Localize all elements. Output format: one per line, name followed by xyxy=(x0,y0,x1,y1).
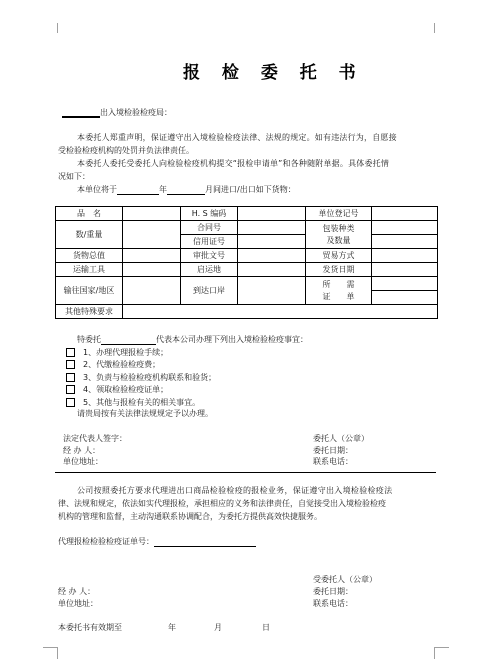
agent-right-block: 委托日期： 联系电话： xyxy=(313,586,353,609)
table-row: 运输工具 启运地 发货日期 xyxy=(56,263,438,277)
margin-mark-top-right xyxy=(434,23,435,33)
goods-table: 品 名 H. S 编码 单位登记号 数/重量 合同号 包装种类及数量 信用证号 … xyxy=(55,206,438,319)
label-packing-type: 包装种类 xyxy=(323,224,355,233)
label-hs-code: H. S 编码 xyxy=(181,207,238,221)
label-transport: 运输工具 xyxy=(56,263,123,277)
section-divider xyxy=(55,472,436,473)
field-unit-reg-no[interactable] xyxy=(372,207,438,221)
goods-month-blank[interactable] xyxy=(167,185,205,195)
label-contract-no: 合同号 xyxy=(181,221,238,235)
checkbox[interactable] xyxy=(66,348,75,357)
label-trade-mode: 贸易方式 xyxy=(306,249,372,263)
field-packing-qty[interactable] xyxy=(372,235,438,249)
label-arrival-port: 到达口岸 xyxy=(181,277,238,305)
checkbox[interactable] xyxy=(66,385,75,394)
task-label: 2、代缴检验检疫费； xyxy=(83,359,160,370)
validity-month-label: 月 xyxy=(214,622,222,633)
validity-prefix: 本委托书有效期至 xyxy=(58,622,122,633)
table-row: 品 名 H. S 编码 单位登记号 xyxy=(56,207,438,221)
table-row: 输往国家/地区 到达口岸 所 需证 单 xyxy=(56,277,438,291)
label-goods-value: 货物总值 xyxy=(56,249,123,263)
label-lc-no: 信用证号 xyxy=(181,235,238,249)
agent-para-line-2: 律、法规和规定，依法如实代理报检，承担相应的义务和法律责任，自觉接受出入境检验检… xyxy=(58,498,386,509)
field-transport[interactable] xyxy=(123,263,181,277)
label-unit-reg-no: 单位登记号 xyxy=(306,207,372,221)
task-label: 5、其他与报检有关的相关事宜。 xyxy=(83,397,200,408)
field-special-requirements[interactable] xyxy=(123,305,438,319)
table-row: 货物总值 审批文号 贸易方式 xyxy=(56,249,438,263)
label-origin-place: 启运地 xyxy=(181,263,238,277)
agent-cert-line: 代理报检检验检疫证单号： xyxy=(58,536,256,547)
agent-address-label: 单位地址： xyxy=(58,598,98,610)
label-required-docs-1: 所 需 xyxy=(323,280,355,289)
validity-day-label: 日 xyxy=(262,622,270,633)
unit-address-label: 单位地址： xyxy=(63,456,127,468)
checkbox[interactable] xyxy=(66,398,75,407)
addressee-suffix: 出入境检验检疫局： xyxy=(100,108,172,117)
label-special-requirements: 其他特殊要求 xyxy=(56,305,123,319)
legal-rep-signature-label: 法定代表人签字： xyxy=(63,433,127,445)
label-destination-country: 输往国家/地区 xyxy=(56,277,123,305)
field-trade-mode[interactable] xyxy=(372,249,438,263)
commission-line-1: 本委托人委托受委托人向检验检疫机构提交“报检申请单”和各种随附单据。具体委托情 xyxy=(77,158,389,169)
field-packing-type[interactable] xyxy=(372,221,438,235)
label-packing-qty: 及数量 xyxy=(327,236,351,245)
contact-phone-label: 联系电话： xyxy=(313,456,369,468)
principal-right-block: 委托人（公章） 委托日期： 联系电话： xyxy=(313,433,369,468)
agent-left-block: 经 办 人： 单位地址： xyxy=(58,586,98,609)
document-title: 报 检 委 托 书 xyxy=(183,58,364,83)
agent-handler-label: 经 办 人： xyxy=(58,586,98,598)
label-quantity-weight: 数/重量 xyxy=(56,221,123,249)
commission-line-2: 况如下： xyxy=(58,171,90,182)
goods-year-label: 年 xyxy=(159,185,167,194)
goods-period-prefix: 本单位将于 xyxy=(77,185,117,194)
label-approval-no: 审批文号 xyxy=(181,249,238,263)
field-ship-date[interactable] xyxy=(372,263,438,277)
goods-period-line: 本单位将于年月间进口/出口如下货物： xyxy=(77,184,296,195)
handler-label: 经 办 人： xyxy=(63,445,127,457)
addressee-line: 出入境检验检疫局： xyxy=(62,107,172,118)
margin-mark-top-left xyxy=(57,23,58,33)
declaration-line-1: 本委托人郑重声明，保证遵守出入境检验检疫法律、法规的规定。如有违法行为，自愿接 xyxy=(77,132,397,143)
principal-left-block: 法定代表人签字： 经 办 人： 单位地址： xyxy=(63,433,127,468)
commission-date-label: 委托日期： xyxy=(313,445,369,457)
field-product-name[interactable] xyxy=(123,207,181,221)
task-item[interactable]: 1、办理代理报检手续； xyxy=(66,346,216,359)
label-packing-type-qty: 包装种类及数量 xyxy=(306,221,372,249)
margin-mark-bottom-left xyxy=(43,647,58,659)
task-label: 1、办理代理报检手续； xyxy=(83,347,168,358)
field-approval-no[interactable] xyxy=(238,249,306,263)
field-contract-no[interactable] xyxy=(238,221,306,235)
label-required-docs: 所 需证 单 xyxy=(306,277,372,305)
label-product-name: 品 名 xyxy=(56,207,123,221)
task-item[interactable]: 5、其他与报检有关的相关事宜。 xyxy=(66,396,216,409)
addressee-blank[interactable] xyxy=(62,107,100,118)
checkbox[interactable] xyxy=(66,360,75,369)
task-item[interactable]: 3、负责与检验检疫机构联系和验货； xyxy=(66,371,216,384)
task-item[interactable]: 4、领取检验检疫证单； xyxy=(66,384,216,397)
agent-para-line-1: 公司按照委托方要求代理进出口商品检验检疫的报检业务，保证遵守出入境检验检疫法 xyxy=(77,485,392,496)
field-quantity-weight[interactable] xyxy=(123,221,181,249)
table-row: 数/重量 合同号 包装种类及数量 xyxy=(56,221,438,235)
field-hs-code[interactable] xyxy=(238,207,306,221)
field-destination-country[interactable] xyxy=(123,277,181,305)
label-ship-date: 发货日期 xyxy=(306,263,372,277)
agent-seal-label: 受委托人（公章） xyxy=(313,574,377,585)
margin-mark-bottom-right xyxy=(434,647,449,659)
task-checklist: 1、办理代理报检手续； 2、代缴检验检疫费； 3、负责与检验检疫机构联系和验货；… xyxy=(66,346,216,409)
checkbox[interactable] xyxy=(66,373,75,382)
goods-year-blank[interactable] xyxy=(117,185,159,195)
delegate-prefix: 特委托 xyxy=(77,335,101,344)
agent-para-line-3: 机构的管理和监督，主动沟通联系协调配合，为委托方提供高效快捷服务。 xyxy=(58,511,322,522)
delegate-suffix: 代表本公司办理下列出入境检验检疫事宜： xyxy=(156,335,308,344)
field-required-docs-1[interactable] xyxy=(372,277,438,291)
field-origin-place[interactable] xyxy=(238,263,306,277)
task-item[interactable]: 2、代缴检验检疫费； xyxy=(66,359,216,372)
task-label: 4、领取检验检疫证单； xyxy=(83,384,168,395)
field-lc-no[interactable] xyxy=(238,235,306,249)
label-required-docs-2: 证 单 xyxy=(323,292,355,301)
validity-year-label: 年 xyxy=(168,622,176,633)
declaration-line-2: 受检验检疫机构的处罚并负法律责任。 xyxy=(58,145,194,156)
table-row: 其他特殊要求 xyxy=(56,305,438,319)
agent-cert-label: 代理报检检验检疫证单号： xyxy=(58,537,154,546)
principal-seal-label: 委托人（公章） xyxy=(313,433,369,445)
agent-contact-phone-label: 联系电话： xyxy=(313,598,353,610)
field-arrival-port[interactable] xyxy=(238,277,306,305)
delegate-name-blank[interactable] xyxy=(101,335,156,345)
field-required-docs-2[interactable] xyxy=(372,291,438,305)
field-goods-value[interactable] xyxy=(123,249,181,263)
request-line: 请贵局按有关法律法规规定予以办理。 xyxy=(77,408,213,419)
task-label: 3、负责与检验检疫机构联系和验货； xyxy=(83,372,216,383)
goods-month-suffix: 月间进口/出口如下货物： xyxy=(205,185,296,194)
agent-cert-number-blank[interactable] xyxy=(154,537,256,547)
delegate-line: 特委托代表本公司办理下列出入境检验检疫事宜： xyxy=(77,334,308,345)
agent-commission-date-label: 委托日期： xyxy=(313,586,353,598)
